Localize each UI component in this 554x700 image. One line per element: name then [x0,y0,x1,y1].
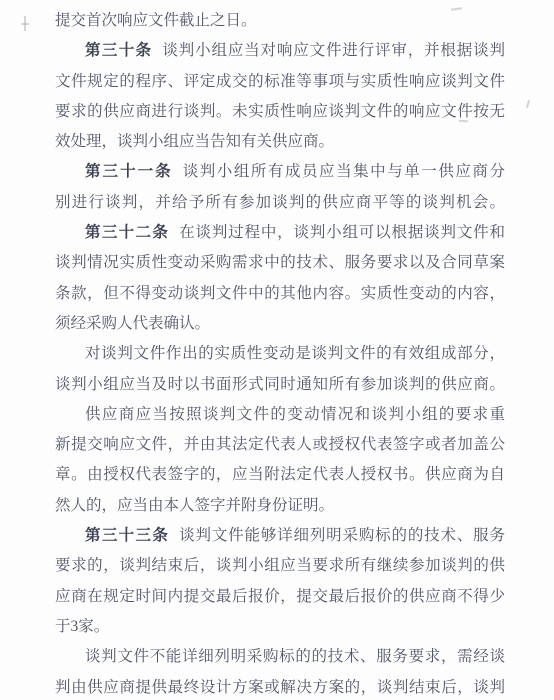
text-line: 条款，但不得变动谈判文件中的其他内容。实质性变动的内容， [55,279,505,309]
text-line: 效处理，谈判小组应当告知有关供应商。 [55,127,505,157]
text-span: 在谈判过程中，谈判小组可以根据谈判文件和 [179,224,505,241]
article-number-label: 第三十二条 [85,224,169,241]
text-span: 谈判小组所有成员应当集中与单一供应商分 [183,163,505,180]
article-number-label: 第三十三条 [85,527,169,544]
article-number-label: 第三十一条 [85,163,173,180]
text-line: 谈判小组应当及时以书面形式同时通知所有参加谈判的供应商。 [55,370,505,400]
paragraph-article-31: 第三十一条谈判小组所有成员应当集中与单一供应商分 别进行谈判，并给予所有参加谈判… [55,157,505,218]
paragraph-article-32: 第三十二条在谈判过程中，谈判小组可以根据谈判文件和 谈判情况实质性变动采购需求中… [55,218,505,339]
text-line: 第三十三条谈判文件能够详细列明采购标的的技术、服务 [55,521,505,551]
paragraph-final-design: 谈判文件不能详细列明采购标的的技术、服务要求，需经谈 判由供应商提供最终设计方案… [55,642,505,700]
text-span: 谈判文件能够详细列明采购标的的技术、服务 [179,527,505,544]
text-line: 第三十一条谈判小组所有成员应当集中与单一供应商分 [55,157,505,187]
text-span: 谈判小组应当对响应文件进行评审，并根据谈判 [162,42,505,59]
text-line: 于3家。 [55,612,505,642]
paragraph-article-30: 第三十条谈判小组应当对响应文件进行评审，并根据谈判 文件规定的程序、评定成交的标… [55,36,505,157]
text-line: 然人的，应当由本人签字并附身份证明。 [55,491,505,521]
text-line: 供应商应当按照谈判文件的变动情况和谈判小组的要求重 [55,400,505,430]
text-line: 谈判情况实质性变动采购需求中的技术、服务要求以及合同草案 [55,248,505,278]
text-line: 新提交响应文件，并由其法定代表人或授权代表签字或者加盖公 [55,430,505,460]
text-line: 判由供应商提供最终设计方案或解决方案的，谈判结束后，谈判 [55,673,505,700]
text-line: 应商在规定时间内提交最后报价，提交最后报价的供应商不得少 [55,582,505,612]
scan-artifact [526,100,530,108]
text-line: 别进行谈判，并给予所有参加谈判的供应商平等的谈判机会。 [55,188,505,218]
text-line: 要求的供应商进行谈判。未实质性响应谈判文件的响应文件按无 [55,97,505,127]
text-column: 提交首次响应文件截止之日。 第三十条谈判小组应当对响应文件进行评审，并根据谈判 … [55,6,505,700]
text-line: 须经采购人代表确认。 [55,309,505,339]
text-line: 提交首次响应文件截止之日。 [55,6,505,36]
paragraph-resubmission: 供应商应当按照谈判文件的变动情况和谈判小组的要求重 新提交响应文件，并由其法定代… [55,400,505,521]
text-line: 对谈判文件作出的实质性变动是谈判文件的有效组成部分， [55,339,505,369]
paragraph-continuation: 提交首次响应文件截止之日。 [55,6,505,36]
article-number-label: 第三十条 [85,42,152,59]
scan-artifact [21,23,29,25]
text-line: 第三十二条在谈判过程中，谈判小组可以根据谈判文件和 [55,218,505,248]
text-line: 第三十条谈判小组应当对响应文件进行评审，并根据谈判 [55,36,505,66]
text-line: 要求的，谈判结束后，谈判小组应当要求所有继续参加谈判的供 [55,551,505,581]
text-line: 章。由授权代表签字的，应当附法定代表人授权书。供应商为自 [55,460,505,490]
paragraph-substantive-change: 对谈判文件作出的实质性变动是谈判文件的有效组成部分， 谈判小组应当及时以书面形式… [55,339,505,400]
text-line: 文件规定的程序、评定成交的标准等事项与实质性响应谈判文件 [55,67,505,97]
paragraph-article-33: 第三十三条谈判文件能够详细列明采购标的的技术、服务 要求的，谈判结束后，谈判小组… [55,521,505,642]
text-line: 谈判文件不能详细列明采购标的的技术、服务要求，需经谈 [55,642,505,672]
scanned-document-page: 提交首次响应文件截止之日。 第三十条谈判小组应当对响应文件进行评审，并根据谈判 … [0,0,554,700]
